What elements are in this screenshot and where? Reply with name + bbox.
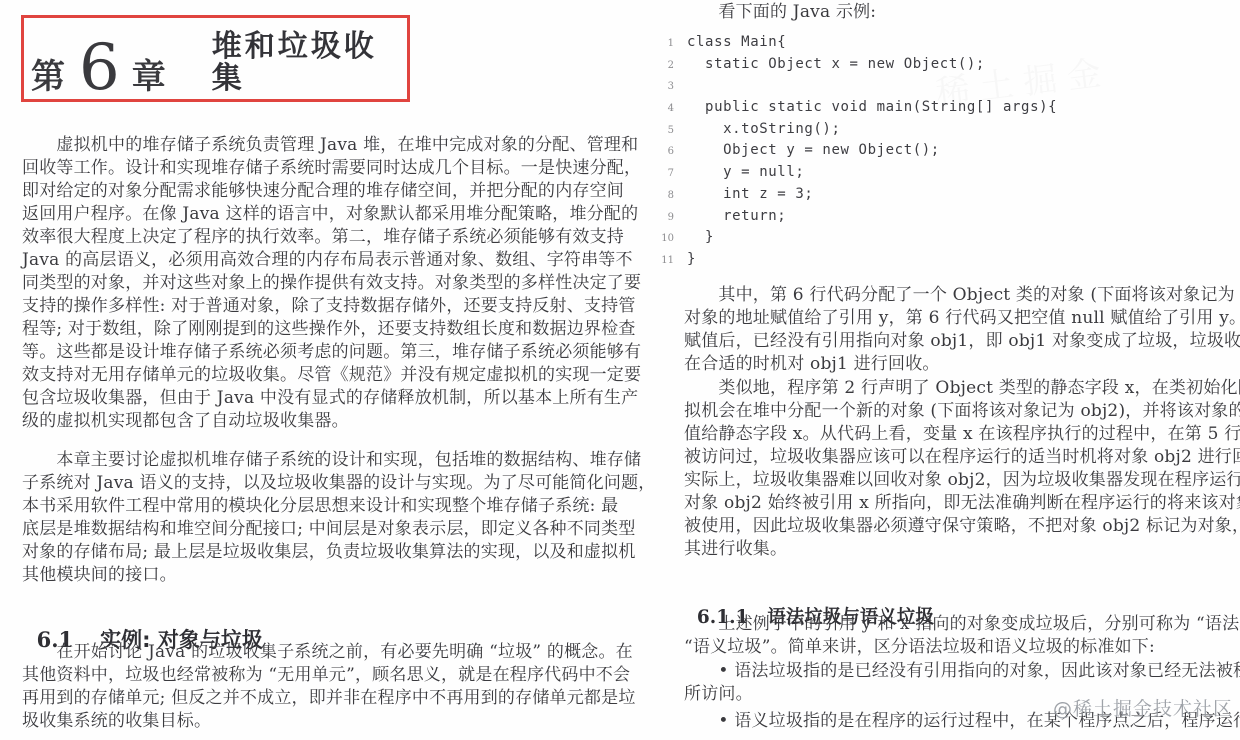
text-line: 在开始讨论 Java 的垃圾收集子系统之前，有必要先明确 “垃圾” 的概念。在 — [22, 641, 604, 664]
chapter-heading-box: 第 6 章 堆和垃圾收集 — [21, 15, 410, 102]
text-line: 被访问过，垃圾收集器应该可以在程序运行的适当时机将对象 obj2 进行回收。但 — [684, 446, 1240, 469]
text-line: 级的虚拟机实现都包含了自动垃圾收集器。 — [22, 410, 604, 433]
code-line-text: public static void main(String[] args){ — [687, 97, 1057, 119]
chapter-number: 6 — [79, 43, 120, 94]
text-line: 效率很大程度上决定了程序的执行效率。第二，堆存储子系统必须能够有效支持 — [22, 226, 604, 249]
code-line-number: 5 — [658, 118, 674, 142]
code-line-text: int z = 3; — [687, 184, 813, 206]
text-line: 圾收集系统的收集目标。 — [22, 710, 604, 733]
text-line: 其中，第 6 行代码分配了一个 Object 类的对象 (下面将该对象记为 ob… — [684, 284, 1240, 307]
code-line-number: 3 — [658, 74, 674, 98]
code-listing: 1class Main{2 static Object x = new Obje… — [658, 32, 1057, 271]
text-line: 程等; 对于数组，除了刚刚提到的这些操作外，还要支持数组长度和数据边界检查 — [22, 318, 604, 341]
code-line-number: 9 — [658, 205, 674, 229]
code-line-number: 6 — [658, 139, 674, 163]
code-line: 10 } — [658, 227, 1057, 249]
text-line: 对象 obj2 始终被引用 x 所指向，即无法准确判断在程序运行的将来该对象是否… — [684, 492, 1240, 515]
text-line: 虚拟机中的堆存储子系统负责管理 Java 堆，在堆中完成对象的分配、管理和 — [22, 134, 604, 157]
code-line: 8 int z = 3; — [658, 184, 1057, 206]
code-line: 4 public static void main(String[] args)… — [658, 97, 1057, 119]
chapter-prefix: 第 — [31, 60, 65, 94]
text-line: 上述例子中的引用 y 和 x 指向的对象变成垃圾后，分别可称为 “语法垃圾” 和 — [684, 613, 1240, 636]
text-line: 在合适的时机对 obj1 进行回收。 — [684, 353, 1240, 376]
code-intro-line: 看下面的 Java 示例: — [684, 1, 1240, 24]
code-line-number: 10 — [658, 226, 674, 250]
code-line-text: y = null; — [687, 162, 804, 184]
code-line-text: return; — [687, 206, 786, 228]
text-line: Java 的高层语义，必须用高效合理的内存布局表示普通对象、数组、字符串等不 — [22, 249, 604, 272]
left-paragraph-2: 本章主要讨论虚拟机堆存储子系统的设计和实现，包括堆的数据结构、堆存储子系统对 J… — [22, 449, 604, 587]
right-paragraph-b: 类似地，程序第 2 行声明了 Object 类型的静态字段 x，在类初始化阶段，… — [684, 377, 1240, 561]
text-line: 支持的操作多样性: 对于普通对象，除了支持数据存储外，还要支持反射、支持管 — [22, 295, 604, 318]
text-line: 实际上，垃圾收集器难以回收对象 obj2，因为垃圾收集器发现在程序运行过程中， — [684, 469, 1240, 492]
text-line: 等。这些都是设计堆存储子系统必须考虑的问题。第三，堆存储子系统必须能够有 — [22, 341, 604, 364]
code-line-number: 7 — [658, 161, 674, 185]
code-line-number: 11 — [658, 248, 674, 272]
code-line-text: Object y = new Object(); — [687, 140, 940, 162]
code-line: 2 static Object x = new Object(); — [658, 54, 1057, 76]
code-line: 5 x.toString(); — [658, 119, 1057, 141]
code-line-number: 4 — [658, 96, 674, 120]
text-line: “语义垃圾”。简单来讲，区分语法垃圾和语义垃圾的标准如下: — [684, 636, 1240, 659]
text-line: 包含垃圾收集器，但由于 Java 中没有显式的存储释放机制，所以基本上所有生产 — [22, 387, 604, 410]
text-line: 本书采用软件工程中常用的模块化分层思想来设计和实现整个堆存储子系统: 最 — [22, 495, 604, 518]
text-line: 被使用，因此垃圾收集器必须遵守保守策略，不把对象 obj2 标记为对象，也不对 — [684, 515, 1240, 538]
code-line-text: class Main{ — [687, 32, 786, 54]
text-line: 其他模块间的接口。 — [22, 564, 604, 587]
chapter-suffix: 章 — [132, 60, 166, 94]
code-line-text: x.toString(); — [687, 119, 841, 141]
code-line: 1class Main{ — [658, 32, 1057, 54]
code-line: 3 — [658, 75, 1057, 97]
right-paragraph-a: 其中，第 6 行代码分配了一个 Object 类的对象 (下面将该对象记为 ob… — [684, 284, 1240, 376]
code-line-text: } — [687, 227, 714, 249]
community-watermark: @稀土掘金技术社区 — [1053, 694, 1233, 721]
text-line: 对象的存储布局; 最上层是垃圾收集层，负责垃圾收集算法的实现，以及和虚拟机 — [22, 541, 604, 564]
left-paragraph-1: 虚拟机中的堆存储子系统负责管理 Java 堆，在堆中完成对象的分配、管理和回收等… — [22, 134, 604, 433]
text-line: 本章主要讨论虚拟机堆存储子系统的设计和实现，包括堆的数据结构、堆存储 — [22, 449, 604, 472]
code-line-text: } — [687, 249, 696, 271]
code-line-number: 2 — [658, 53, 674, 77]
text-line: 底层是堆数据结构和堆空间分配接口; 中间层是对象表示层，即定义各种不同类型 — [22, 518, 604, 541]
text-line: 拟机会在堆中分配一个新的对象 (下面将该对象记为 obj2)，并将该对象的地址赋 — [684, 400, 1240, 423]
text-line: 看下面的 Java 示例: — [684, 1, 1240, 24]
text-line: 子系统对 Java 语义的支持，以及垃圾收集器的设计与实现。为了尽可能简化问题， — [22, 472, 604, 495]
code-line: 11} — [658, 249, 1057, 271]
text-line: 其他资料中，垃圾也经常被称为 “无用单元”，顾名思义，就是在程序代码中不会 — [22, 664, 604, 687]
chapter-title: 堆和垃圾收集 — [212, 31, 407, 94]
text-line: 值给静态字段 x。从代码上看，变量 x 在该程序执行的过程中，在第 5 行之后就… — [684, 423, 1240, 446]
text-line: 同类型的对象，并对这些对象上的操作提供有效支持。对象类型的多样性决定了要 — [22, 272, 604, 295]
code-line: 7 y = null; — [658, 162, 1057, 184]
text-line: 其进行收集。 — [684, 538, 1240, 561]
text-line: 返回用户程序。在像 Java 这样的语言中，对象默认都采用堆分配策略，堆分配的 — [22, 203, 604, 226]
text-line: 回收等工作。设计和实现堆存储子系统时需要同时达成几个目标。一是快速分配， — [22, 157, 604, 180]
code-line: 9 return; — [658, 206, 1057, 228]
text-line: 类似地，程序第 2 行声明了 Object 类型的静态字段 x，在类初始化阶段，… — [684, 377, 1240, 400]
code-line-text: static Object x = new Object(); — [687, 54, 985, 76]
right-paragraph-c: 上述例子中的引用 y 和 x 指向的对象变成垃圾后，分别可称为 “语法垃圾” 和… — [684, 613, 1240, 659]
code-line-number: 8 — [658, 183, 674, 207]
text-line: 赋值后，已经没有引用指向对象 obj1，即 obj1 对象变成了垃圾，垃圾收集器… — [684, 330, 1240, 353]
text-line: 再用到的存储单元; 但反之并不成立，即并非在程序中不再用到的存储单元都是垃 — [22, 687, 604, 710]
left-paragraph-3: 在开始讨论 Java 的垃圾收集子系统之前，有必要先明确 “垃圾” 的概念。在其… — [22, 641, 604, 733]
text-line: 对象的地址赋值给了引用 y，第 6 行代码又把空值 null 赋值给了引用 y。… — [684, 307, 1240, 330]
text-line: 即对给定的对象分配需求能够快速分配合理的堆存储空间，并把分配的内存空间 — [22, 180, 604, 203]
code-line-number: 1 — [658, 31, 674, 55]
code-line: 6 Object y = new Object(); — [658, 140, 1057, 162]
text-line: 效支持对无用存储单元的垃圾收集。尽管《规范》并没有规定虚拟机的实现一定要 — [22, 364, 604, 387]
text-line: • 语法垃圾指的是已经没有引用指向的对象，因此该对象已经无法被程序代码 — [684, 660, 1240, 683]
